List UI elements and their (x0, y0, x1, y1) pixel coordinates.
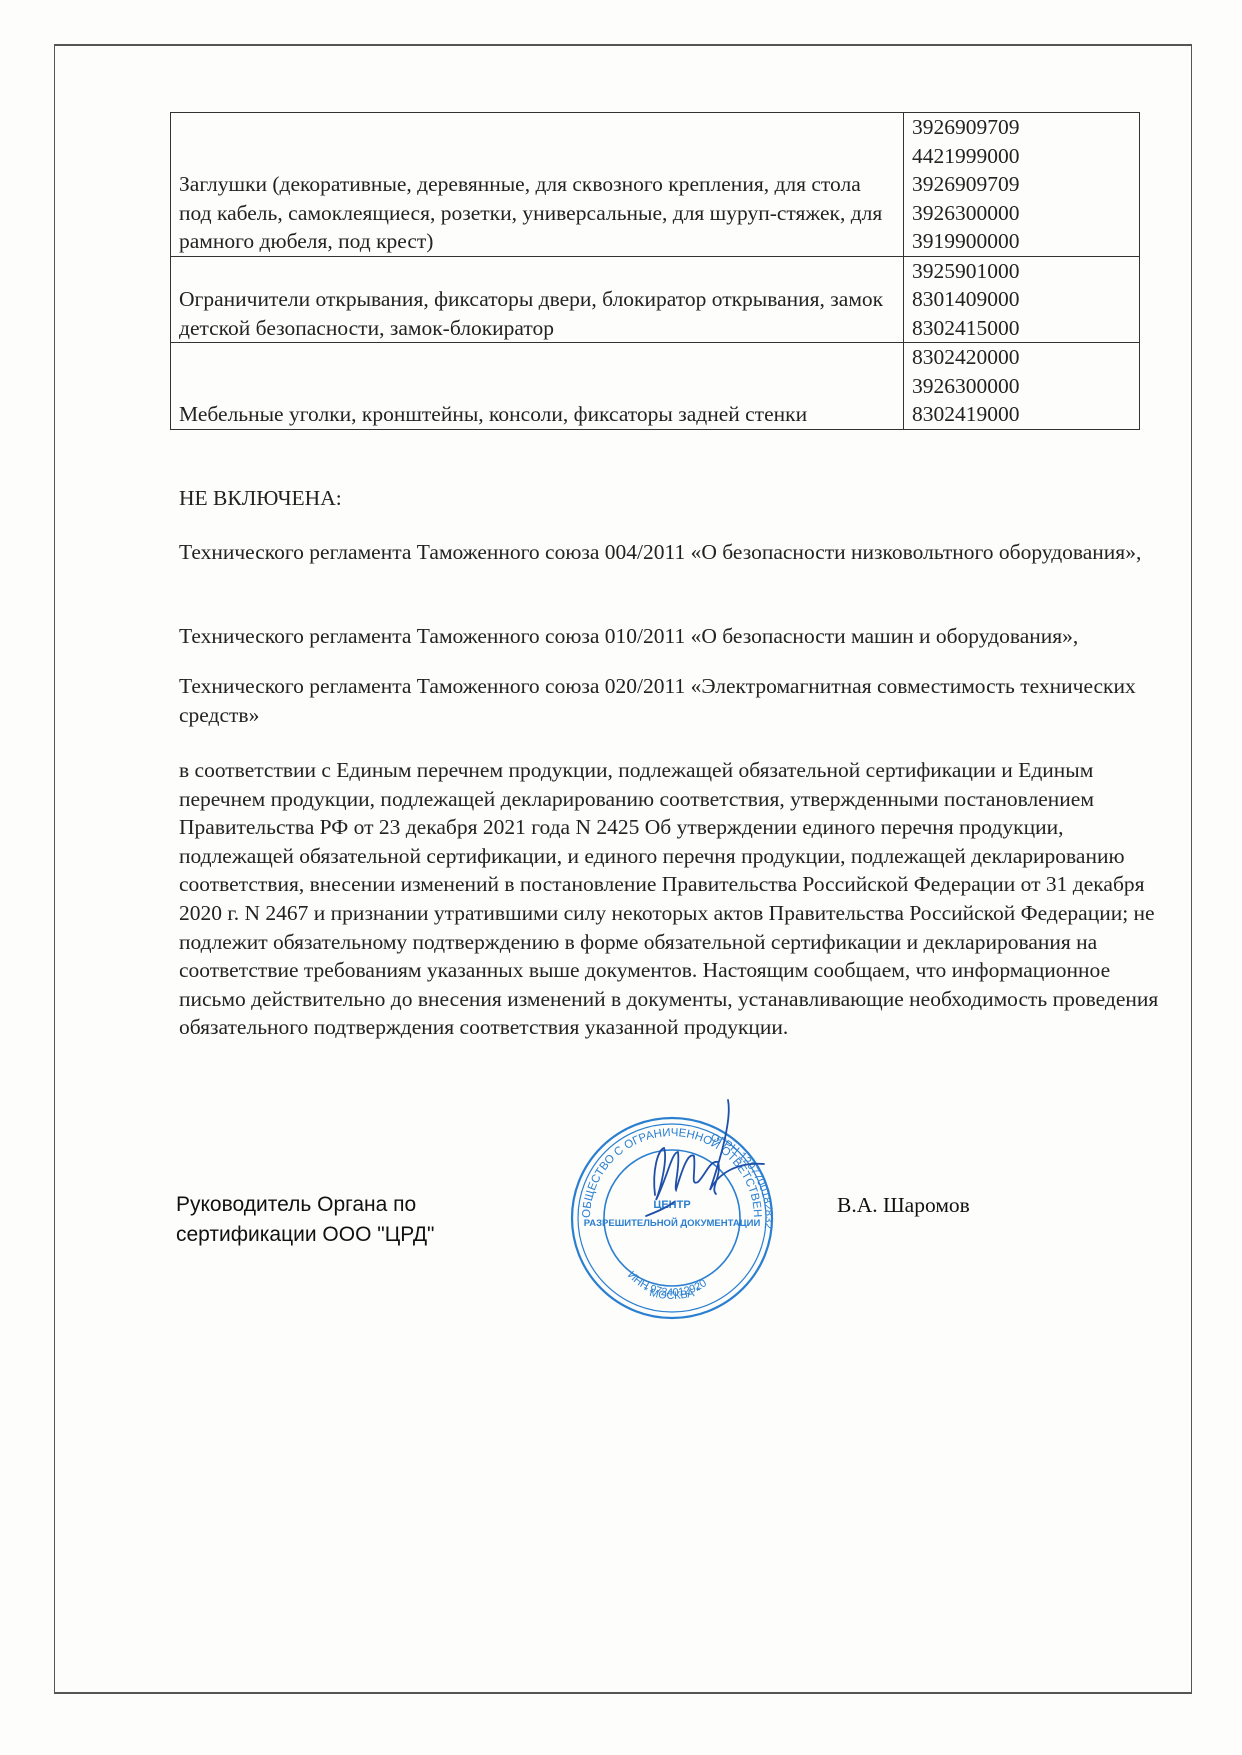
tnved-code: 3926909709 (912, 113, 1139, 142)
regulation-item: Технического регламента Таможенного союз… (179, 538, 1169, 567)
tnved-code: 3925901000 (912, 257, 1139, 286)
tnved-codes-cell: 8302420000 3926300000 8302419000 (904, 343, 1140, 430)
tnved-code: 3919900000 (912, 227, 1139, 256)
signer-name: В.А. Шаромов (837, 1191, 970, 1219)
table-row: Мебельные уголки, кронштейны, консоли, ф… (171, 343, 1140, 430)
product-description: Ограничители открывания, фиксаторы двери… (171, 256, 904, 343)
product-codes-table: Заглушки (декоративные, деревянные, для … (170, 112, 1140, 430)
stamp-center-line: ЦЕНТР (653, 1199, 690, 1211)
tnved-code: 8302415000 (912, 314, 1139, 343)
stamp-center-line: РАЗРЕШИТЕЛЬНОЙ ДОКУМЕНТАЦИИ (584, 1217, 761, 1229)
body-paragraph: в соответствии с Единым перечнем продукц… (179, 756, 1169, 1042)
table-row: Ограничители открывания, фиксаторы двери… (171, 256, 1140, 343)
tnved-code: 3926300000 (912, 372, 1139, 401)
signer-title-line: сертификации ООО "ЦРД" (176, 1220, 435, 1250)
regulation-item: Технического регламента Таможенного союз… (179, 672, 1169, 730)
tnved-code: 3926909709 (912, 170, 1139, 199)
company-stamp-icon: ОБЩЕСТВО С ОГРАНИЧЕННОЙ ОТВЕТСТВЕННОСТЬЮ… (560, 1090, 790, 1330)
product-description: Заглушки (декоративные, деревянные, для … (171, 113, 904, 257)
signer-title-line: Руководитель Органа по (176, 1190, 435, 1220)
tnved-code: 4421999000 (912, 142, 1139, 171)
tnved-code: 8302420000 (912, 343, 1139, 372)
not-included-heading: НЕ ВКЛЮЧЕНА: (179, 484, 1169, 513)
tnved-code: 8301409000 (912, 285, 1139, 314)
signer-title: Руководитель Органа по сертификации ООО … (176, 1190, 435, 1250)
product-description: Мебельные уголки, кронштейны, консоли, ф… (171, 343, 904, 430)
tnved-codes-cell: 3925901000 8301409000 8302415000 (904, 256, 1140, 343)
tnved-codes-cell: 3926909709 4421999000 3926909709 3926300… (904, 113, 1140, 257)
tnved-code: 3926300000 (912, 199, 1139, 228)
regulation-item: Технического регламента Таможенного союз… (179, 622, 1169, 651)
tnved-code: 8302419000 (912, 400, 1139, 429)
table-row: Заглушки (декоративные, деревянные, для … (171, 113, 1140, 257)
